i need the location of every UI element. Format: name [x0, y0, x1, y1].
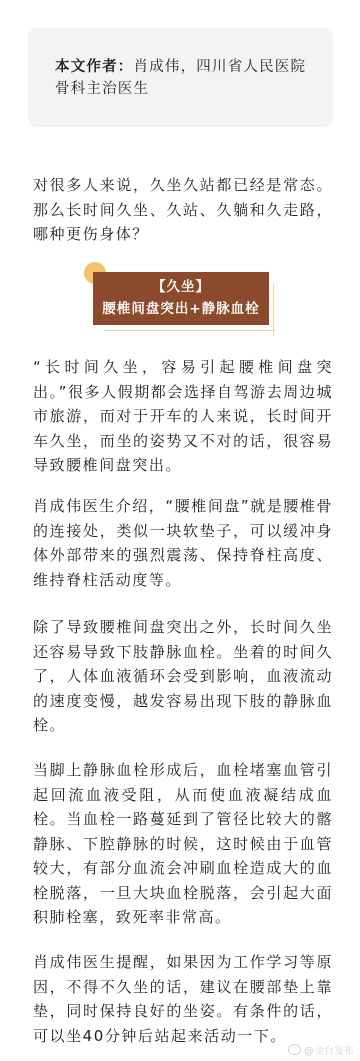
author-name: 肖成伟，四川省人民医院 — [134, 59, 307, 75]
body-paragraph: 当脚上静脉血栓形成后，血栓堵塞血管引起回流血液受阻，从而使血液凝结成血栓。当血栓… — [33, 758, 333, 930]
weibo-icon — [288, 1044, 301, 1055]
watermark: @金台发布 — [288, 1042, 354, 1057]
intro-paragraph: 对很多人来说，久坐久站都已经是常态。那么长时间久坐、久站、久躺和久走路，哪种更伤… — [33, 173, 333, 247]
section-header: 【久坐】 腰椎间盘突出+静脉血栓 — [84, 262, 284, 342]
author-info-box: 本文作者：肖成伟，四川省人民医院 骨科主治医生 — [28, 28, 333, 127]
body-paragraph: 除了导致腰椎间盘突出之外，长时间久坐还容易导致下肢静脉血栓。坐着的时间久了，人体… — [33, 615, 333, 738]
decorative-line — [273, 284, 274, 336]
section-title-tag: 【久坐】 — [93, 276, 269, 298]
section-title-box: 【久坐】 腰椎间盘突出+静脉血栓 — [93, 272, 269, 325]
decorative-line — [104, 330, 276, 331]
watermark-text: @金台发布 — [304, 1042, 354, 1057]
body-paragraph: 肖成伟医生介绍，“腰椎间盘”就是腰椎骨的连接处，类似一块软垫子，可以缓冲身体外部… — [33, 494, 333, 592]
author-label: 本文作者： — [55, 59, 134, 75]
section-title-text: 腰椎间盘突出+静脉血栓 — [93, 298, 269, 320]
author-title: 骨科主治医生 — [55, 81, 149, 97]
body-paragraph: 肖成伟医生提醒，如果因为工作学习等原因，不得不久坐的话，建议在腰部垫上靠垫，同时… — [33, 950, 333, 1048]
body-paragraph: “长时间久坐，容易引起腰椎间盘突出。”很多人假期都会选择自驾游去周边城市旅游，而… — [33, 355, 333, 478]
